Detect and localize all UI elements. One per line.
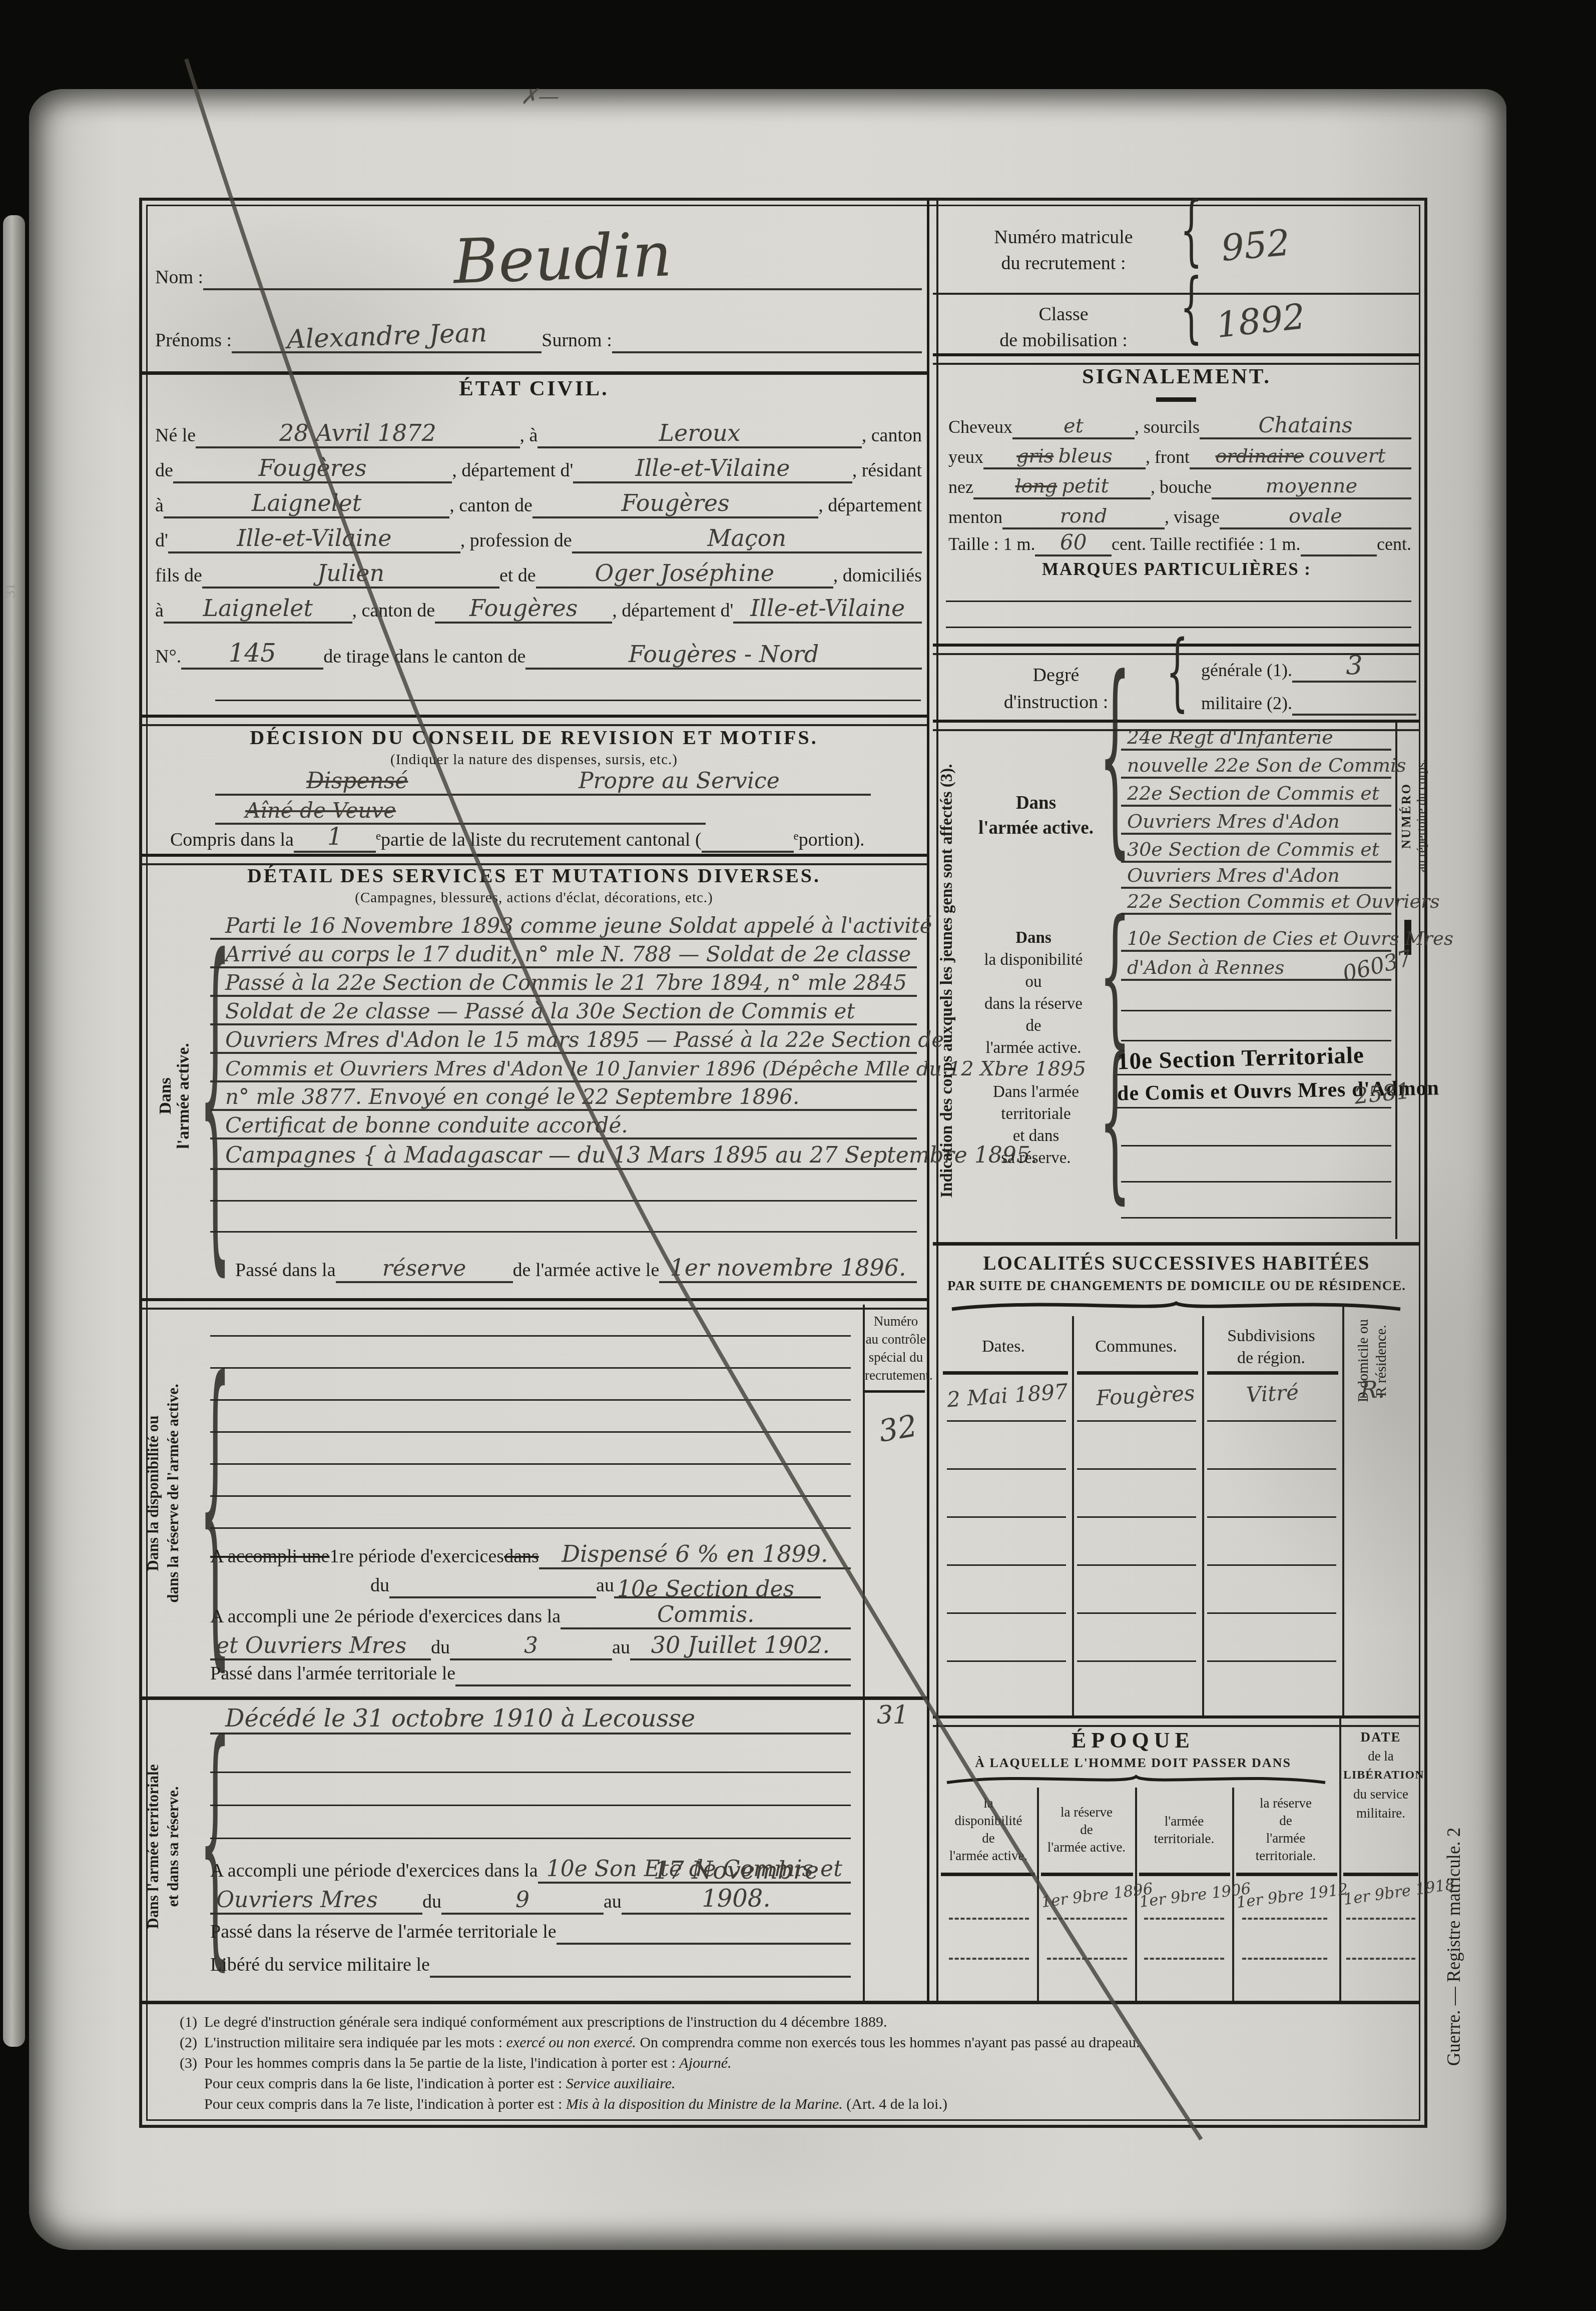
diagonal-pen-stroke (0, 0, 1596, 2311)
